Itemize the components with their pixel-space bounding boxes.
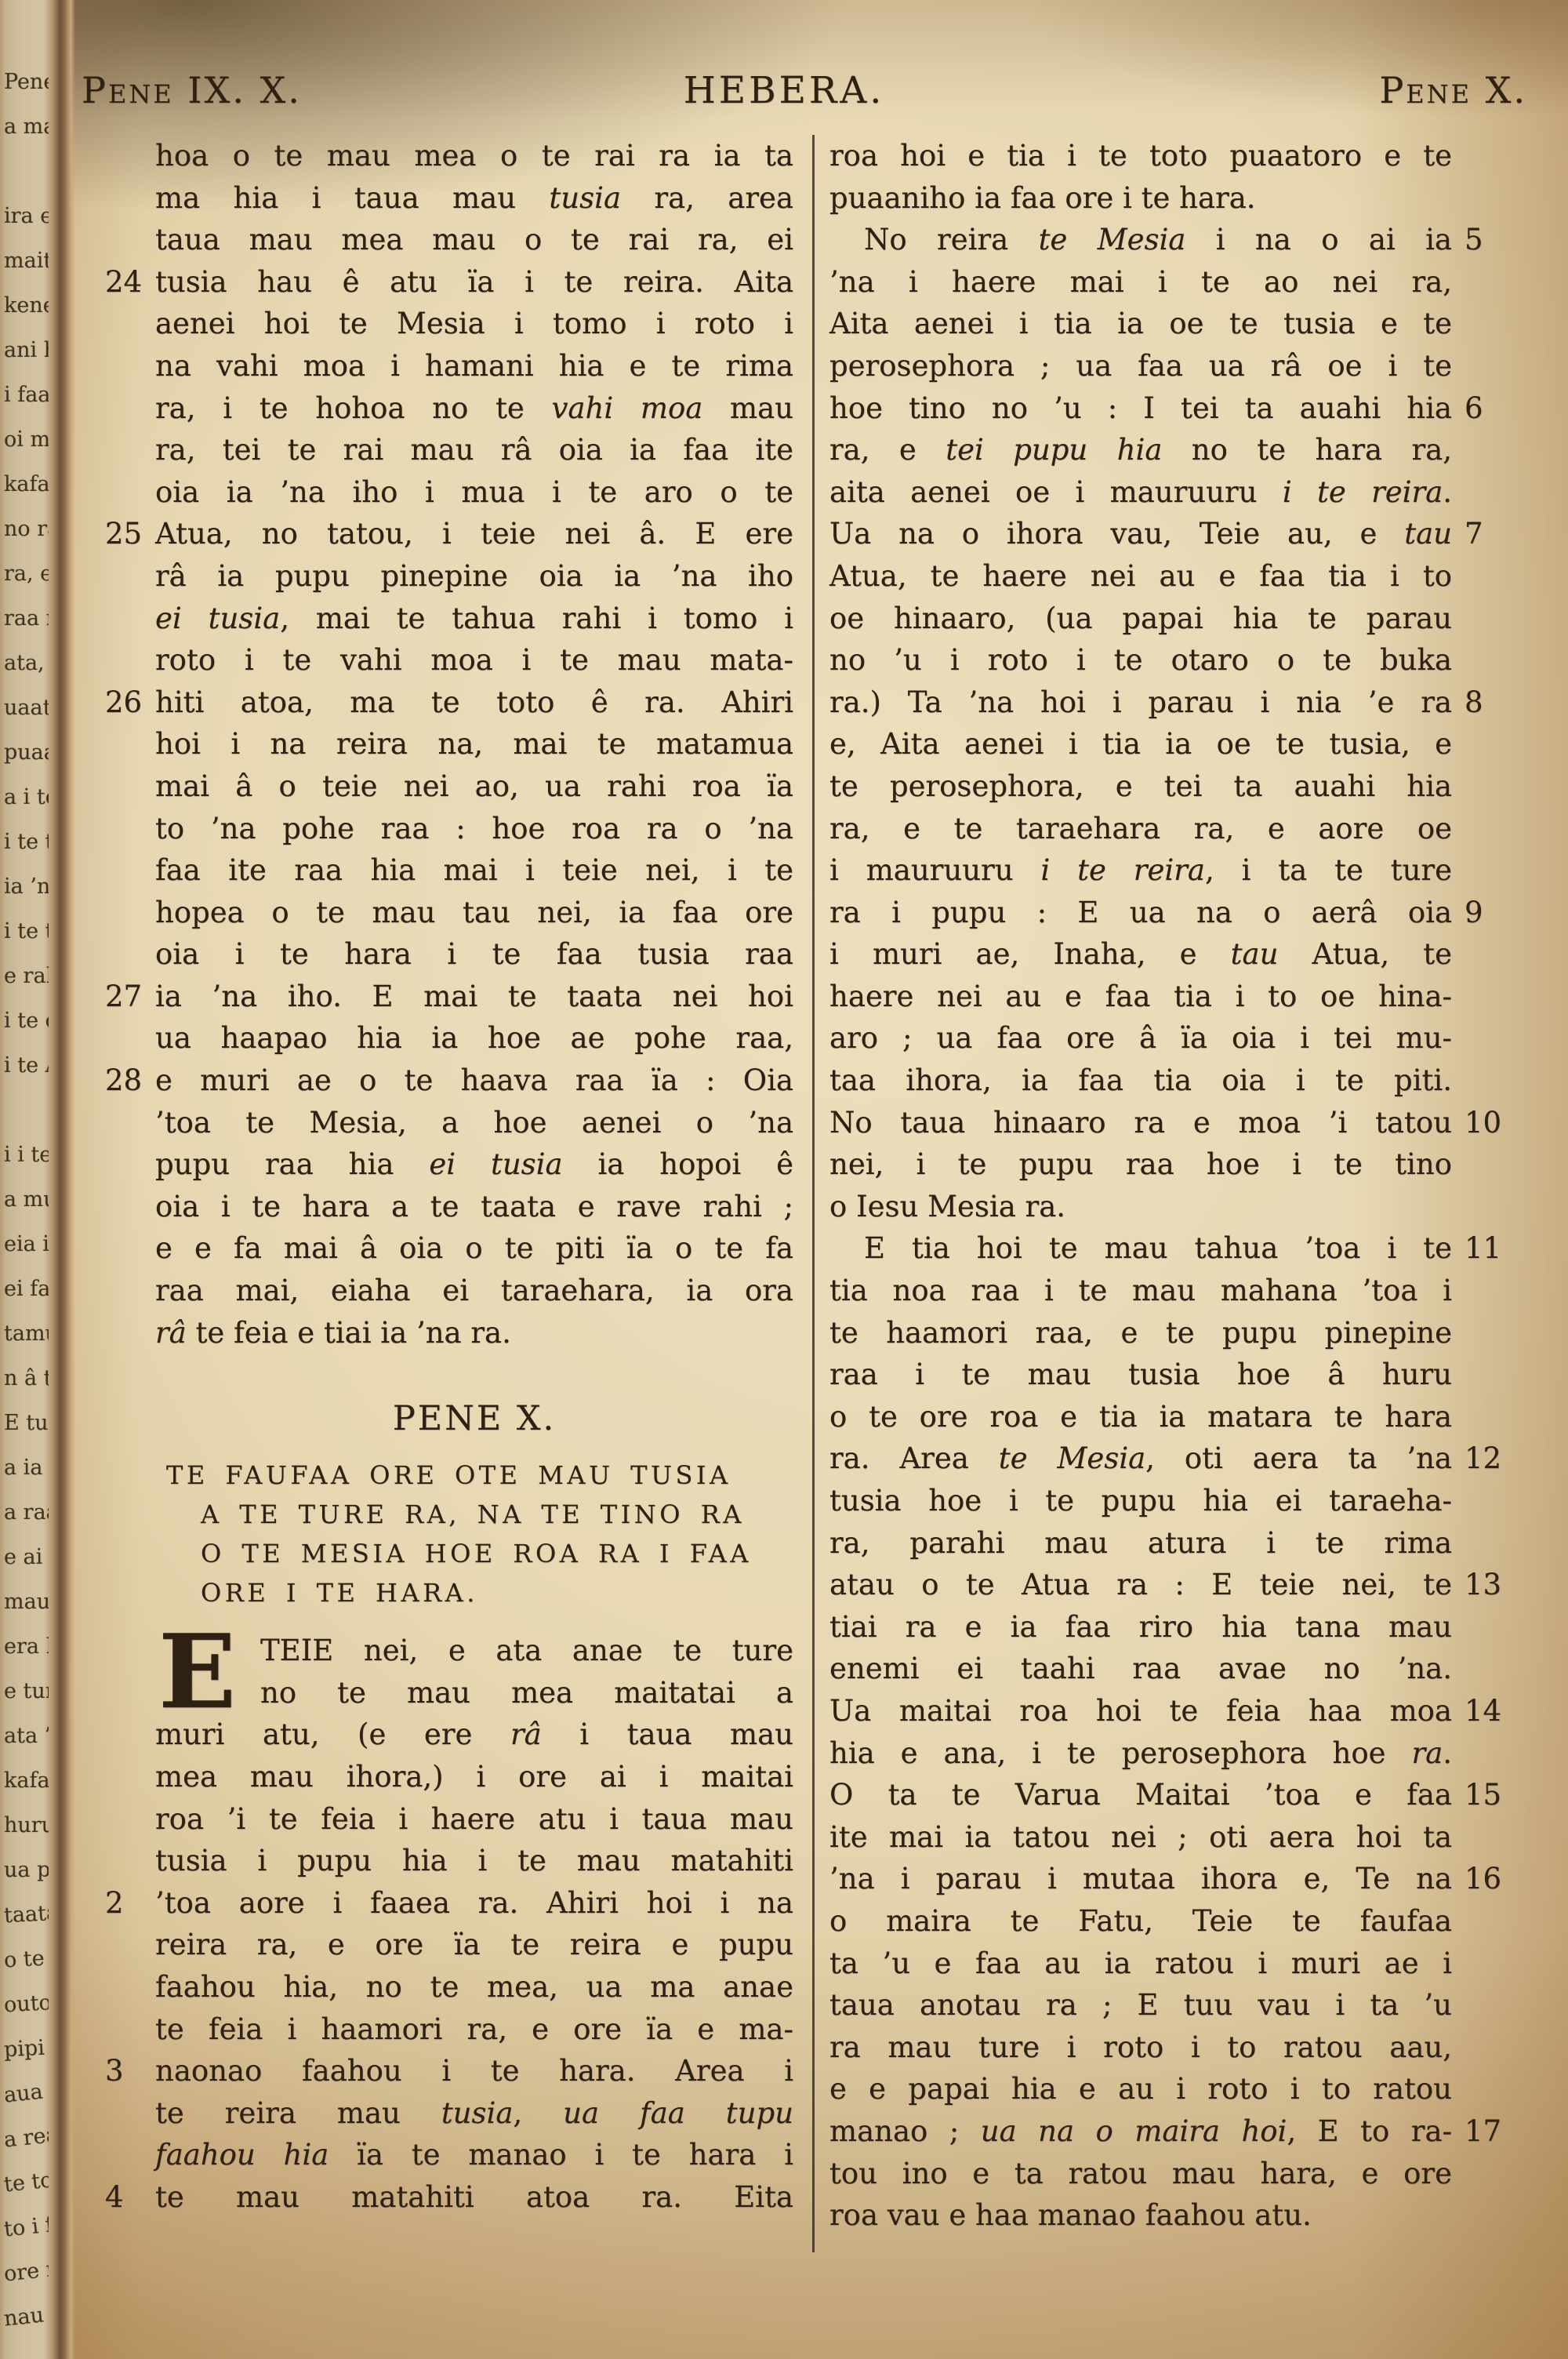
running-head: Pene IX. X. HEBERA. Pene X. — [0, 69, 1568, 118]
line-text: Ua maitai roa hoi te feia haa moa — [829, 1694, 1452, 1728]
text-line: enemi ei taahi raa avae no ’na. — [829, 1648, 1452, 1690]
verse-number: 12 — [1465, 1438, 1519, 1480]
verse-number: 25 — [105, 513, 149, 555]
text-line: haere nei au e faa tia i to oe hina- — [829, 976, 1452, 1018]
text-line: hoa o te mau mea o te rai ra ia ta — [155, 135, 793, 177]
text-line: 15O ta te Varua Maitai ’toa e faa — [829, 1774, 1452, 1816]
edge-fragment: no raa h — [0, 507, 49, 551]
text-line: 17manao ; ua na o maira hoi, E to ra- — [829, 2110, 1452, 2153]
line-text: râ ia pupu pinepine oia ia ’na iho — [155, 559, 793, 593]
text-line: TEIE nei, e ata anae te ture — [155, 1630, 793, 1672]
text-line: e, Aita aenei i tia ia oe te tusia, e — [829, 723, 1452, 765]
line-text: ta ’u e faa au ia ratou i muri ae i — [829, 1946, 1452, 1980]
edge-fragment: uaator — [0, 685, 49, 730]
edge-fragment — [0, 1088, 49, 1132]
verse-number: 14 — [1465, 1690, 1519, 1732]
edge-fragment: ata ’toa — [0, 1714, 49, 1758]
text-line: roa hoi e tia i te toto puaatoro e te — [829, 135, 1452, 177]
line-text: oia i te hara i te faa tusia raa — [155, 937, 793, 971]
text-line: 14Ua maitai roa hoi te feia haa moa — [829, 1690, 1452, 1732]
edge-fragment: E tusia t — [0, 1401, 49, 1445]
line-text: Ua na o ihora vau, Teie au, e tau — [829, 517, 1452, 551]
line-text: enemi ei taahi raa avae no ’na. — [829, 1652, 1452, 1685]
verse-number: 13 — [1465, 1564, 1519, 1606]
line-text: faahou hia ïa te manao i te hara i — [155, 2138, 793, 2172]
text-line: faahou hia ïa te manao i te hara i — [155, 2134, 793, 2176]
edge-fragment: i faa t — [0, 373, 49, 417]
edge-fragment: kafa, e — [0, 1758, 49, 1803]
verse-number: 5 — [1465, 219, 1519, 261]
verse-number: 6 — [1465, 387, 1519, 430]
edge-fragment: e ai hoi — [0, 1535, 49, 1579]
chapter-heading: PENE X. — [155, 1394, 793, 1443]
text-line: oe hinaaro, (ua papai hia te parau — [829, 598, 1452, 640]
text-line: na vahi moa i hamani hia e te rima — [155, 345, 793, 387]
edge-fragment: eia i pau — [0, 1222, 49, 1267]
line-text: hia e ana, i te perosephora hoe ra. — [829, 1736, 1452, 1770]
line-text: no ’u i roto i te otaro o te buka — [829, 643, 1452, 677]
verse-number: 10 — [1465, 1102, 1519, 1144]
text-line: 28e muri ae o te haava raa ïa : Oia — [155, 1060, 793, 1102]
verse-number: 28 — [105, 1060, 149, 1102]
edge-fragment: nau ho- — [0, 2292, 49, 2342]
line-text: reira ra, e ore ïa te reira e pupu — [155, 1928, 793, 1961]
column-divider-rule — [812, 135, 815, 2252]
line-text: raa i te mau tusia hoe â huru — [829, 1358, 1452, 1391]
line-text: oe hinaaro, (ua papai hia te parau — [829, 602, 1452, 635]
text-line: ei tusia, mai te tahua rahi i tomo i — [155, 598, 793, 640]
edge-fragment: a rea hoi — [0, 2114, 49, 2163]
text-line: ra, e te taraehara ra, e aore oe — [829, 808, 1452, 850]
edge-fragment: i te tur — [0, 909, 49, 954]
edge-fragment: tamua a — [0, 1311, 49, 1356]
text-line: ra, tei te rai mau râ oia ia faa ite — [155, 429, 793, 471]
verse-number: 3 — [105, 2050, 149, 2092]
text-line: 16’na i parau i mutaa ihora e, Te na — [829, 1858, 1452, 1900]
text-line: oia i te hara i te faa tusia raa — [155, 933, 793, 976]
chapter-summary-line: A TE TURE RA, NA TE TINO RA — [155, 1495, 793, 1534]
line-text: ra mau ture i roto i to ratou aau, — [829, 2030, 1452, 2064]
line-text: ra i pupu : E ua na o aerâ oia — [829, 896, 1452, 929]
line-text: e e papai hia e au i roto i to ratou — [829, 2072, 1452, 2106]
edge-fragment: outou ’n — [0, 1980, 49, 2027]
text-line: no ’u i roto i te otaro o te buka — [829, 639, 1452, 682]
edge-fragment: i i te fa- — [0, 1132, 49, 1177]
text-line: tou ino e ta ratou mau hara, e ore — [829, 2153, 1452, 2195]
edge-text-fragments: Penea maiira ei tamaitaikene raani hiai … — [0, 60, 49, 2346]
line-text: mai â o teie nei ao, ua rahi roa ïa — [155, 769, 793, 803]
line-text: hopea o te mau tau nei, ia faa ore — [155, 896, 793, 929]
text-line: tusia hoe i te pupu hia ei taraeha- — [829, 1480, 1452, 1522]
text-line: aita aenei oe i mauruuru i te reira. — [829, 471, 1452, 514]
verse-number: 24 — [105, 261, 149, 304]
text-line: Atua, te haere nei au e faa tia i to — [829, 555, 1452, 598]
line-text: o te ore roa e tia ia matara te hara — [829, 1400, 1452, 1434]
text-line: nei, i te pupu raa hoe i te tino — [829, 1143, 1452, 1186]
right-column: roa hoi e tia i te toto puaatoro e tepua… — [829, 135, 1452, 2237]
text-line: faahou hia, no te mea, ua ma anae — [155, 1966, 793, 2008]
edge-fragment: e ture i — [0, 1669, 49, 1714]
chapter-summary: TE FAUFAA ORE OTE MAU TUSIAA TE TURE RA,… — [155, 1456, 793, 1612]
verse-number: 11 — [1465, 1227, 1519, 1270]
text-line: taa ihora, ia faa tia oia i te piti. — [829, 1060, 1452, 1102]
text-line: o maira te Fatu, Teie te faufaa — [829, 1900, 1452, 1943]
text-line: roto i te vahi moa i te mau mata- — [155, 639, 793, 682]
edge-fragment: huruh — [0, 1803, 49, 1848]
text-line: to ’na pohe raa : hoe roa ra o ’na — [155, 808, 793, 850]
line-text: tusia i pupu hia i te mau matahiti — [155, 1844, 793, 1877]
line-text: faa ite raa hia mai i teie nei, i te — [155, 853, 793, 887]
text-line: 8ra.) Ta ’na hoi i parau i nia ’e ra — [829, 682, 1452, 724]
line-text: aenei hoi te Mesia i tomo i roto i — [155, 307, 793, 340]
line-text: Atua, no tatou, i teie nei â. E ere — [155, 517, 793, 551]
text-line: ta ’u e faa au ia ratou i muri ae i — [829, 1943, 1452, 1985]
edge-fragment: puaator — [0, 730, 49, 775]
line-text: raa mai, eiaha ei taraehara, ia ora — [155, 1274, 793, 1307]
left-column: hoa o te mau mea o te rai ra ia tama hia… — [155, 135, 793, 2219]
verse-number: 27 — [105, 976, 149, 1018]
line-text: oia i te hara a te taata e rave rahi ; — [155, 1190, 793, 1223]
verse-number: 2 — [105, 1882, 149, 1925]
edge-fragment: e rahi h — [0, 954, 49, 998]
line-text: naonao faahou i te hara. Area i — [155, 2054, 793, 2088]
text-line: râ ia pupu pinepine oia ia ’na iho — [155, 555, 793, 598]
text-line: te haamori raa, e te pupu pinepine — [829, 1312, 1452, 1354]
line-text: ’toa aore i faaea ra. Ahiri hoi i na — [155, 1886, 793, 1920]
line-text: roa hoi e tia i te toto puaatoro e te — [829, 139, 1452, 173]
text-line: pupu raa hia ei tusia ia hopoi ê — [155, 1143, 793, 1186]
line-text: faahou hia, no te mea, ua ma anae — [155, 1970, 793, 2004]
edge-fragment: ua pip — [0, 1848, 49, 1892]
text-line: râ te feia e tiai ia ’na ra. — [155, 1312, 793, 1354]
text-line: te reira mau tusia, ua faa tupu — [155, 2092, 793, 2135]
edge-fragment: a mure o — [0, 1177, 49, 1222]
text-line: 3naonao faahou i te hara. Area i — [155, 2050, 793, 2092]
text-line: mai â o teie nei ao, ua rahi roa ïa — [155, 765, 793, 808]
edge-fragment: a i te ha — [0, 775, 49, 820]
edge-fragment: i te Atu — [0, 1043, 49, 1088]
verse-number: 26 — [105, 682, 149, 724]
text-line: 25Atua, no tatou, i teie nei â. E ere — [155, 513, 793, 555]
line-text: atau o te Atua ra : E teie nei, te — [829, 1568, 1452, 1601]
edge-fragment: i te ohip — [0, 998, 49, 1043]
line-text: Aita aenei i tia ia oe te tusia e te — [829, 307, 1452, 340]
edge-fragment: ira ei ta — [0, 194, 49, 238]
edge-fragment: ia ’na ih — [0, 864, 49, 909]
line-text: tiai ra e ia faa riro hia tana mau — [829, 1610, 1452, 1644]
text-line: ma hia i taua mau tusia ra, area — [155, 177, 793, 220]
verse-number: 7 — [1465, 513, 1519, 555]
text-line: o Iesu Mesia ra. — [829, 1186, 1452, 1228]
text-line: muri atu, (e ere râ i taua mau — [155, 1714, 793, 1756]
text-line: puaaniho ia faa ore i te hara. — [829, 177, 1452, 220]
edge-fragment: n â te me — [0, 1356, 49, 1401]
text-line: 9ra i pupu : E ua na o aerâ oia — [829, 892, 1452, 934]
line-text: ra.) Ta ’na hoi i parau i nia ’e ra — [829, 685, 1452, 719]
line-text: TEIE nei, e ata anae te ture — [260, 1634, 793, 1667]
chapter-summary-line: ORE I TE HARA. — [155, 1573, 793, 1612]
text-line: ’toa te Mesia, a hoe aenei o ’na — [155, 1102, 793, 1144]
line-text: te haamori raa, e te pupu pinepine — [829, 1316, 1452, 1350]
text-line: roa vau e haa manao faahou atu. — [829, 2194, 1452, 2237]
text-line: raa mai, eiaha ei taraehara, ia ora — [155, 1270, 793, 1312]
text-line: 27ia ’na iho. E mai te taata nei hoi — [155, 976, 793, 1018]
text-line: 5No reira te Mesia i na o ai ia — [829, 219, 1452, 261]
edge-fragment — [0, 149, 49, 194]
scanned-bible-page: Penea maiira ei tamaitaikene raani hiai … — [0, 0, 1568, 2359]
text-line: ra, parahi mau atura i te rima — [829, 1522, 1452, 1565]
text-line: tiai ra e ia faa riro hia tana mau — [829, 1606, 1452, 1648]
verse-number: 4 — [105, 2176, 149, 2219]
text-line: reira ra, e ore ïa te reira e pupu — [155, 1924, 793, 1966]
text-line: 2’toa aore i faaea ra. Ahiri hoi i na — [155, 1882, 793, 1925]
edge-fragment: a ia fafa — [0, 1445, 49, 1490]
text-line: ua haapao hia ia hoe ae pohe raa, — [155, 1017, 793, 1060]
line-text: manao ; ua na o maira hoi, E to ra- — [829, 2114, 1452, 2148]
text-line: Aita aenei i tia ia oe te tusia e te — [829, 303, 1452, 345]
text-line: i mauruuru i te reira, i ta te ture — [829, 849, 1452, 892]
line-text: muri atu, (e ere râ i taua mau — [155, 1717, 793, 1751]
text-line: aenei hoi te Mesia i tomo i roto i — [155, 303, 793, 345]
line-text: o Iesu Mesia ra. — [829, 1190, 1065, 1223]
text-line: hia e ana, i te perosephora hoe ra. — [829, 1732, 1452, 1775]
edge-fragment: ra, e m — [0, 551, 49, 596]
line-text: e muri ae o te haava raa ïa : Oia — [155, 1063, 793, 1097]
line-text: na vahi moa i hamani hia e te rima — [155, 349, 793, 383]
line-text: oia ia ’na iho i mua i te aro o te — [155, 475, 793, 509]
verse-number: 17 — [1465, 2110, 1519, 2153]
line-text: to ’na pohe raa : hoe roa ra o ’na — [155, 812, 793, 845]
text-line: ra, e tei pupu hia no te hara ra, — [829, 429, 1452, 471]
page-title: HEBERA. — [0, 69, 1568, 112]
verse-number: 9 — [1465, 892, 1519, 934]
edge-fragment: ore raa — [0, 2248, 49, 2297]
verse-number: 8 — [1465, 682, 1519, 724]
text-line: 26hiti atoa, ma te toto ê ra. Ahiri — [155, 682, 793, 724]
page-edge-strip: Penea maiira ei tamaitaikene raani hiai … — [0, 0, 75, 2359]
text-line: 4te mau matahiti atoa ra. Eita — [155, 2176, 793, 2219]
line-text: nei, i te pupu raa hoe i te tino — [829, 1147, 1452, 1181]
line-text: hoi i na reira na, mai te matamua — [155, 727, 793, 761]
line-text: roa ’i te feia i haere atu i taua mau — [155, 1802, 793, 1836]
edge-fragment: mau h — [0, 1579, 49, 1624]
text-line: ra, i te hohoa no te vahi moa mau — [155, 387, 793, 430]
line-text: ra, tei te rai mau râ oia ia faa ite — [155, 433, 793, 467]
edge-fragment: i te toto — [0, 820, 49, 864]
text-line: tia noa raa i te mau mahana ’toa i — [829, 1270, 1452, 1312]
line-text: ma hia i taua mau tusia ra, area — [155, 181, 793, 215]
line-text: ua haapao hia ia hoe ae pohe raa, — [155, 1021, 793, 1055]
line-text: ’na i parau i mutaa ihora e, Te na — [829, 1862, 1452, 1896]
text-line: no te mau mea maitatai a — [155, 1672, 793, 1714]
edge-fragment: oi ma t — [0, 417, 49, 462]
line-text: ite mai ia tatou nei ; oti aera hoi ta — [829, 1820, 1452, 1854]
edge-fragment: o te fau — [0, 1936, 49, 1983]
line-text: ’toa te Mesia, a hoe aenei o ’na — [155, 1106, 793, 1140]
line-text: tusia hoe i te pupu hia ei taraeha- — [829, 1484, 1452, 1518]
line-text: E tia hoi te mau tahua ’toa i te — [864, 1231, 1452, 1265]
running-head-right: Pene X. — [1379, 69, 1527, 111]
text-line: 13atau o te Atua ra : E teie nei, te — [829, 1564, 1452, 1606]
edge-fragment: raa no t — [0, 596, 49, 641]
line-text: No reira te Mesia i na o ai ia — [864, 223, 1452, 256]
text-line: roa ’i te feia i haere atu i taua mau — [155, 1798, 793, 1841]
text-line: raa i te mau tusia hoe â huru — [829, 1354, 1452, 1396]
line-text: ra, parahi mau atura i te rima — [829, 1526, 1452, 1560]
text-line: 10No taua hinaaro ra e moa ’i tatou — [829, 1102, 1452, 1144]
line-text: i mauruuru i te reira, i ta te ture — [829, 853, 1452, 887]
line-text: tou ino e ta ratou mau hara, e ore — [829, 2157, 1452, 2190]
text-line: tusia i pupu hia i te mau matahiti — [155, 1840, 793, 1882]
line-text: ei tusia, mai te tahua rahi i tomo i — [155, 602, 793, 635]
line-text: tia noa raa i te mau mahana ’toa i — [829, 1274, 1452, 1307]
line-text: te feia i haamori ra, e ore ïa e ma- — [155, 2012, 793, 2046]
line-text: perosephora ; ua faa ua râ oe i te — [829, 349, 1452, 383]
line-text: te reira mau tusia, ua faa tupu — [155, 2096, 793, 2130]
edge-fragment: to i faa — [0, 2203, 49, 2252]
line-text: hiti atoa, ma te toto ê ra. Ahiri — [155, 685, 793, 719]
chapter-summary-line: TE FAUFAA ORE OTE MAU TUSIA — [155, 1456, 793, 1495]
chapter-summary-line: O TE MESIA HOE ROA RA I FAA — [155, 1534, 793, 1573]
line-text: no te mau mea maitatai a — [260, 1676, 793, 1710]
line-text: hoa o te mau mea o te rai ra ia ta — [155, 139, 793, 173]
line-text: ia ’na iho. E mai te taata nei hoi — [155, 980, 793, 1013]
text-line: ite mai ia tatou nei ; oti aera hoi ta — [829, 1816, 1452, 1859]
line-text: te mau matahiti atoa ra. Eita — [155, 2180, 793, 2214]
edge-fragment: te toto i — [0, 2158, 49, 2208]
text-line: e e fa mai â oia o te piti ïa o te fa — [155, 1227, 793, 1270]
edge-fragment: taata ’to — [0, 1891, 49, 1938]
line-text: ra. Area te Mesia, oti aera ta ’na — [829, 1441, 1452, 1475]
text-line: ’na i haere mai i te ao nei ra, — [829, 261, 1452, 304]
edge-fragment: kene ra — [0, 283, 49, 328]
line-text: o maira te Fatu, Teie te faufaa — [829, 1904, 1452, 1938]
text-line: aro ; ua faa ore â ïa oia i tei mu- — [829, 1017, 1452, 1060]
text-line: oia ia ’na iho i mua i te aro o te — [155, 471, 793, 514]
line-text: ra, e tei pupu hia no te hara ra, — [829, 433, 1452, 467]
text-line: i muri ae, Inaha, e tau Atua, te — [829, 933, 1452, 976]
line-text: pupu raa hia ei tusia ia hopoi ê — [155, 1147, 793, 1181]
line-text: taua anotau ra ; E tuu vau i ta ’u — [829, 1988, 1452, 2022]
text-line: 6hoe tino no ’u : I tei ta auahi hia — [829, 387, 1452, 430]
line-text: tusia hau ê atu ïa i te reira. Aita — [155, 265, 793, 299]
text-line: perosephora ; ua faa ua râ oe i te — [829, 345, 1452, 387]
verse-number: 15 — [1465, 1774, 1519, 1816]
edge-fragment: era hoi — [0, 1624, 49, 1669]
line-text: te perosephora, e tei ta auahi hia — [829, 769, 1452, 803]
line-text: roto i te vahi moa i te mau mata- — [155, 643, 793, 677]
edge-fragment: ei faa o — [0, 1267, 49, 1311]
text-line: o te ore roa e tia ia matara te hara — [829, 1396, 1452, 1438]
line-text: râ te feia e tiai ia ’na ra. — [155, 1316, 511, 1350]
line-text: haere nei au e faa tia i to oe hina- — [829, 980, 1452, 1013]
edge-fragment: ata, e m — [0, 641, 49, 685]
edge-fragment: kafa, m — [0, 462, 49, 507]
edge-fragment: maitai — [0, 238, 49, 283]
text-line: 11E tia hoi te mau tahua ’toa i te — [829, 1227, 1452, 1270]
text-line: 24tusia hau ê atu ïa i te reira. Aita — [155, 261, 793, 304]
line-text: ’na i haere mai i te ao nei ra, — [829, 265, 1452, 299]
edge-fragment: a raa o t — [0, 1490, 49, 1535]
verse-block: roa hoi e tia i te toto puaatoro e tepua… — [829, 135, 1452, 2237]
line-text: i muri ae, Inaha, e tau Atua, te — [829, 937, 1452, 971]
line-text: e, Aita aenei i tia ia oe te tusia, e — [829, 727, 1452, 761]
text-line: mea mau ihora,) i ore ai i maitai — [155, 1756, 793, 1798]
line-text: puaaniho ia faa ore i te hara. — [829, 181, 1256, 215]
verse-block: hoa o te mau mea o te rai ra ia tama hia… — [155, 135, 793, 1354]
line-text: O ta te Varua Maitai ’toa e faa — [829, 1778, 1452, 1812]
edge-fragment: ani hia — [0, 328, 49, 373]
text-line: ra mau ture i roto i to ratou aau, — [829, 2026, 1452, 2069]
text-line: taua mau mea mau o te rai ra, ei — [155, 219, 793, 261]
opening-paragraph: E TEIE nei, e ata anae te tureno te mau … — [155, 1630, 793, 2218]
text-line: te perosephora, e tei ta auahi hia — [829, 765, 1452, 808]
text-line: e e papai hia e au i roto i to ratou — [829, 2068, 1452, 2110]
line-text: hoe tino no ’u : I tei ta auahi hia — [829, 391, 1452, 425]
text-line: taua anotau ra ; E tuu vau i ta ’u — [829, 1984, 1452, 2026]
line-text: aro ; ua faa ore â ïa oia i tei mu- — [829, 1021, 1452, 1055]
line-text: Atua, te haere nei au e faa tia i to — [829, 559, 1452, 593]
line-text: taua mau mea mau o te rai ra, ei — [155, 223, 793, 256]
text-line: 12ra. Area te Mesia, oti aera ta ’na — [829, 1438, 1452, 1480]
text-line: hopea o te mau tau nei, ia faa ore — [155, 892, 793, 934]
verse-number: 16 — [1465, 1858, 1519, 1900]
edge-fragment: pipi i t — [0, 2025, 49, 2072]
text-line: faa ite raa hia mai i teie nei, i te — [155, 849, 793, 892]
text-line: oia i te hara a te taata e rave rahi ; — [155, 1186, 793, 1228]
line-text: ra, i te hohoa no te vahi moa mau — [155, 391, 793, 425]
text-line: hoi i na reira na, mai te matamua — [155, 723, 793, 765]
text-line: 7Ua na o ihora vau, Teie au, e tau — [829, 513, 1452, 555]
text-line: te feia i haamori ra, e ore ïa e ma- — [155, 2008, 793, 2051]
line-text: e e fa mai â oia o te piti ïa o te fa — [155, 1231, 793, 1265]
edge-fragment: aua ’to — [0, 2069, 49, 2118]
line-text: roa vau e haa manao faahou atu. — [829, 2198, 1312, 2232]
line-text: mea mau ihora,) i ore ai i maitai — [155, 1760, 793, 1794]
line-text: taa ihora, ia faa tia oia i te piti. — [829, 1063, 1452, 1097]
line-text: aita aenei oe i mauruuru i te reira. — [829, 475, 1452, 509]
line-text: ra, e te taraehara ra, e aore oe — [829, 812, 1452, 845]
line-text: No taua hinaaro ra e moa ’i tatou — [829, 1106, 1452, 1140]
